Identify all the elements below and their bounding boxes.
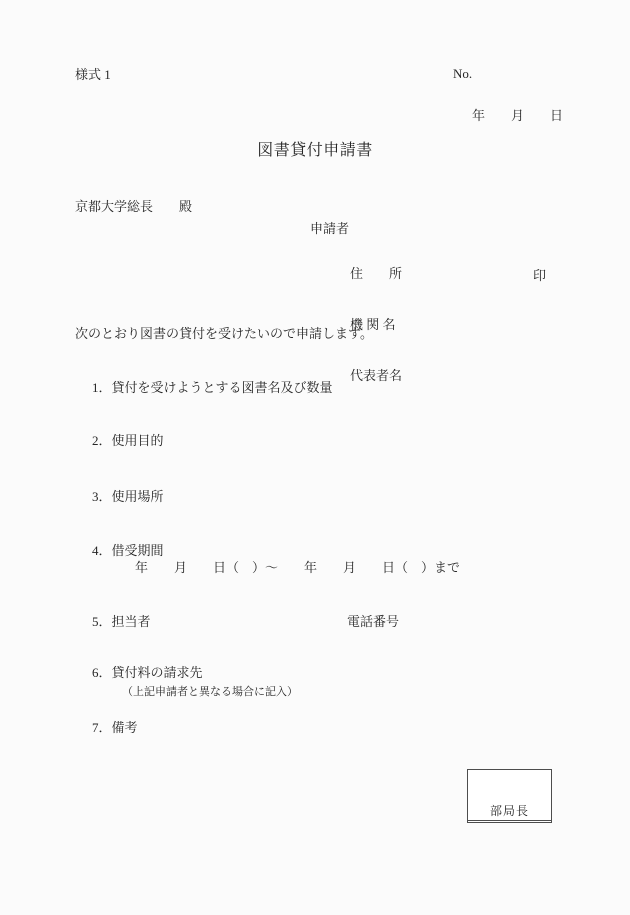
item-remarks: 7．備考 xyxy=(92,717,138,736)
approval-box-header: 部局長 xyxy=(468,802,551,821)
item-contact-person: 5．担当者 xyxy=(92,611,151,630)
item-book-title-quantity: 1．貸付を受けようとする図書名及び数量 xyxy=(92,377,333,396)
approval-stamp-box: 部局長 xyxy=(467,769,552,823)
address-label: 住 所 xyxy=(350,265,402,282)
item-place-of-use: 3．使用場所 xyxy=(92,486,164,505)
item-purpose: 2．使用目的 xyxy=(92,430,164,449)
representative-label: 代表者名 xyxy=(350,367,402,384)
document-number-label: No. xyxy=(453,66,472,82)
intro-sentence: 次のとおり図書の貸付を受けたいので申請します。 xyxy=(75,323,373,342)
application-form-page: 様式 1 No. 年 月 日 図書貸付申請書 京都大学総長 殿 申請者 住 所 … xyxy=(0,0,630,915)
seal-label: 印 xyxy=(533,265,546,284)
loan-period-date-line: 年 月 日（ ）～ 年 月 日（ ）まで xyxy=(135,557,460,576)
billing-address-note: （上記申請者と異なる場合に記入） xyxy=(122,683,298,699)
date-line: 年 月 日 xyxy=(472,105,563,124)
item-billing-address: 6．貸付料の請求先 xyxy=(92,662,203,681)
phone-number-label: 電話番号 xyxy=(347,611,399,630)
approval-box-stamp-area xyxy=(468,853,551,887)
addressee-line: 京都大学総長 殿 xyxy=(75,196,192,215)
form-title: 図書貸付申請書 xyxy=(0,137,630,160)
applicant-label: 申請者 xyxy=(310,218,349,237)
form-code: 様式 1 xyxy=(75,64,111,83)
